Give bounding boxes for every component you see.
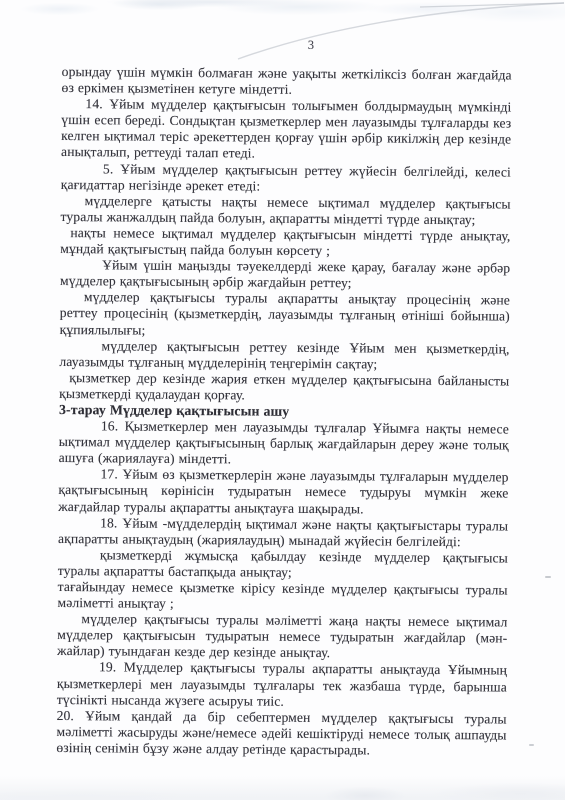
paragraph-item-16: 16. Қызметкерлер мен лауазымды тұлғалар … <box>59 418 509 470</box>
paragraph-continuation: орындау үшін мүмкін болмаған және уақыты… <box>62 64 512 100</box>
paragraph-item-19: 19. Мүдделер қақтығысы туралы ақпаратты … <box>57 659 507 711</box>
document-content: 3 орындау үшін мүмкін болмаған және уақы… <box>56 36 512 760</box>
clause-initial-disclosure: қызметкерді жұмысқа қабылдау кезінде мүд… <box>58 547 508 583</box>
scan-speck-mark <box>529 744 534 746</box>
clause-timely-disclosure: мүдделер қақтығысы туралы мәліметті жаңа… <box>57 611 507 663</box>
paragraph-item-14: 14. Ұйым мүдделер қақтығысын толығымен б… <box>61 96 511 164</box>
scan-speck-mark <box>545 576 551 578</box>
clause-balance-of-interests: мүдделер қақтығысын реттеу кезінде Ұйым … <box>59 338 509 374</box>
clause-mandatory-identification: нақты немесе ықтимал мүдделер қақтығысын… <box>60 225 510 261</box>
clause-identify-conflict-info: мүдделерге қатысты нақты немесе ықтимал … <box>61 193 511 229</box>
paragraph-item-20: 20. Ұйым қандай да бір себептермен мүдде… <box>56 708 506 760</box>
clause-confidentiality: мүдделер қақтығысы туралы ақпаратты анық… <box>60 289 510 341</box>
paragraph-item-18: 18. Ұйым -мүдделердің ықтимал және нақты… <box>58 515 508 551</box>
paragraph-item-15: 5. Ұйым мүдделер қақтығысын реттеу жүйес… <box>61 161 511 197</box>
clause-protection-from-persecution: қызметкер дер кезінде жария еткен мүддел… <box>59 370 509 406</box>
paragraph-item-17: 17. Ұйым өз қызметкерлерін және лауазымд… <box>58 466 508 518</box>
document-page: 3 орындау үшін мүмкін болмаған және уақы… <box>0 0 565 800</box>
clause-risk-assessment: Ұйым үшін маңызды тәуекелдерді жеке қара… <box>60 257 510 293</box>
clause-appointment-disclosure: тағайындау немесе қызметке кірісу кезінд… <box>57 579 507 615</box>
scan-shadow-bottom <box>0 776 565 800</box>
page-number: 3 <box>62 36 512 54</box>
